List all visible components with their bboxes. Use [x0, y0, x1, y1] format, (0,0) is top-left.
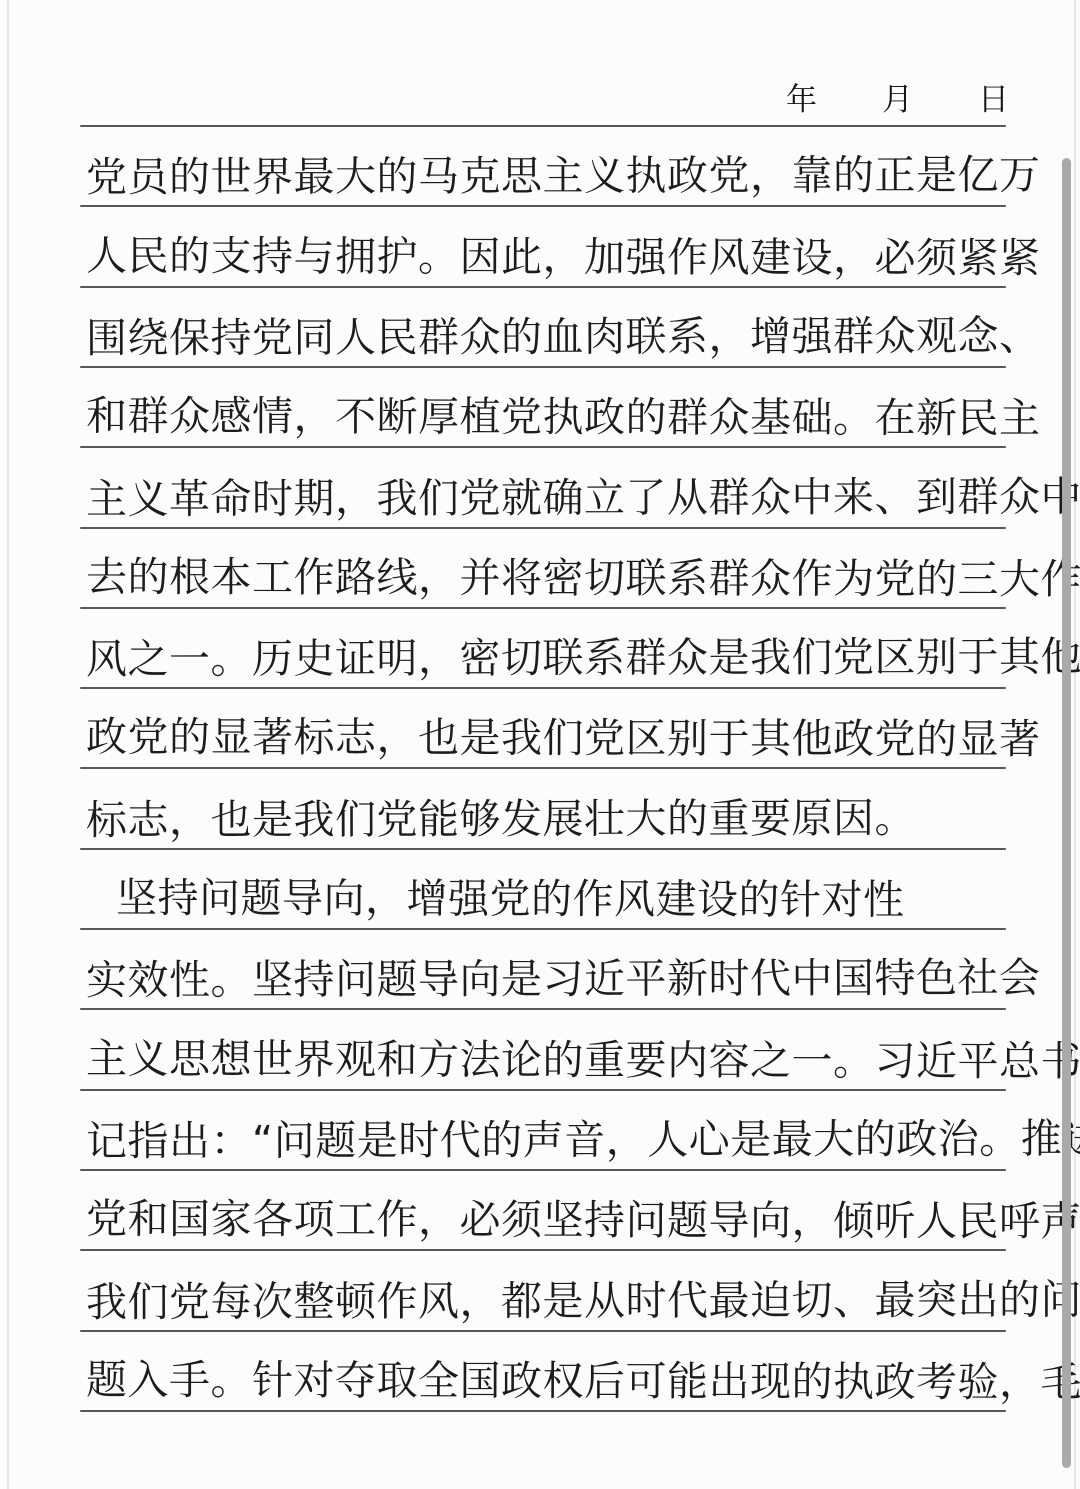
handwritten-line: 党员的世界最大的马克思主义执政党，靠的正是亿万 — [86, 146, 1008, 206]
handwritten-line-paragraph-start: 坚持问题导向，增强党的作风建设的针对性 — [86, 869, 1038, 929]
handwritten-line: 去的根本工作路线，并将密切联系群众作为党的三大作 — [86, 548, 1008, 608]
date-header-day: 日 — [978, 74, 1010, 119]
page-left-edge — [7, 0, 9, 1489]
date-header-year: 年 — [786, 74, 818, 119]
date-header: 年 月 日 — [786, 74, 1010, 119]
handwritten-line: 风之一。历史证明，密切联系群众是我们党区别于其他 — [86, 628, 1008, 688]
handwritten-line: 政党的显著标志，也是我们党区别于其他政党的显著 — [86, 708, 1008, 768]
handwritten-line: 围绕保持党同人民群众的血肉联系，增强群众观念、 — [86, 307, 1008, 367]
handwritten-line: 实效性。坚持问题导向是习近平新时代中国特色社会 — [86, 949, 1008, 1009]
handwritten-line: 标志，也是我们党能够发展壮大的重要原因。 — [86, 789, 1008, 849]
notebook-page: 年 月 日 党员的世界最大的马克思主义执政党，靠的正是亿万 人民的支持与拥护。因… — [0, 0, 1080, 1489]
handwritten-line: 主义思想世界观和方法论的重要内容之一。习近平总书 — [86, 1030, 1008, 1090]
page-right-edge — [1074, 0, 1076, 1489]
handwritten-line: 和群众感情，不断厚植党执政的群众基础。在新民主 — [86, 387, 1008, 447]
scrollbar-thumb[interactable] — [1062, 158, 1071, 1468]
handwritten-line: 人民的支持与拥护。因此，加强作风建设，必须紧紧 — [86, 227, 1008, 287]
handwritten-line: 党和国家各项工作，必须坚持问题导向，倾听人民呼声。” — [86, 1190, 1008, 1250]
ruled-line — [80, 125, 1006, 127]
handwritten-line: 题入手。针对夺取全国政权后可能出现的执政考验，毛 — [86, 1351, 1008, 1411]
handwritten-line: 我们党每次整顿作风，都是从时代最迫切、最突出的问 — [86, 1271, 1008, 1331]
handwritten-line: 记指出：“问题是时代的声音，人心是最大的政治。推进 — [86, 1110, 1008, 1170]
date-header-month: 月 — [882, 74, 914, 119]
handwritten-line: 主义革命时期，我们党就确立了从群众中来、到群众中 — [86, 468, 1008, 528]
